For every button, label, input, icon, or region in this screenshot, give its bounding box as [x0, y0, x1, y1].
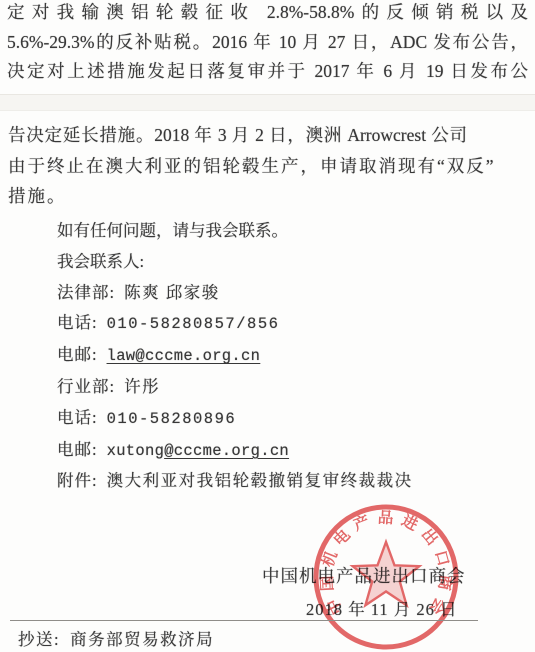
official-seal-stamp: 中国机电产品进出口商会 — [310, 501, 462, 652]
paragraph-revocation-request: 告决定延长措施。2018 年 3 月 2 日，澳洲 Arrowcrest 公司 … — [8, 120, 467, 212]
contact-label: 电话: — [57, 408, 98, 427]
paragraph-line: 定对我输澳铝轮毂征收 2.8%-58.8%的反倾销税以及 — [7, 0, 528, 28]
contact-row-legal-email: 电邮:law@cccme.org.cn — [57, 340, 527, 372]
contact-row-industry-phone: 电话:010-58280896 — [57, 403, 527, 435]
contact-label: 行业部: — [57, 377, 115, 396]
email-link-xutong[interactable]: @cccme.org.cn — [164, 442, 289, 460]
email-plain-part: xutong — [107, 442, 165, 460]
contact-value: 陈爽 邱家骏 — [124, 283, 220, 302]
contact-row-industry-dept: 行业部:许彤 — [57, 372, 527, 403]
attachment-title: 澳大利亚对我铝轮毂撤销复审终裁裁决 — [107, 471, 413, 490]
page-scan-seam — [0, 94, 535, 111]
contact-header: 我会联系人: — [57, 247, 527, 278]
contact-label: 电邮: — [57, 345, 98, 364]
contact-value: 许彤 — [124, 377, 160, 396]
phone-number: 010-58280857/856 — [107, 315, 280, 333]
paragraph-line: 5.6%-29.3%的反补贴税。2016 年 10 月 27 日，ADC 发布公… — [7, 28, 528, 58]
paragraph-line: 措施。 — [8, 181, 467, 212]
contact-row-legal-phone: 电话:010-58280857/856 — [57, 308, 527, 340]
cc-row: 抄送:商务部贸易救济局 — [18, 626, 214, 650]
paragraph-measures-history: 定对我输澳铝轮毂征收 2.8%-58.8%的反倾销税以及 5.6%-29.3%的… — [7, 0, 528, 87]
contact-label: 法律部: — [57, 283, 115, 302]
scanned-letter-page: 定对我输澳铝轮毂征收 2.8%-58.8%的反倾销税以及 5.6%-29.3%的… — [0, 0, 535, 652]
paragraph-line: 告决定延长措施。2018 年 3 月 2 日，澳洲 Arrowcrest 公司 — [8, 120, 467, 151]
paragraph-line: 由于终止在澳大利亚的铝轮毂生产，申请取消现有“双反” — [8, 151, 467, 182]
contact-block: 如有任何问题，请与我会联系。 我会联系人: 法律部:陈爽 邱家骏 电话:010-… — [57, 216, 527, 497]
email-link-law[interactable]: law@cccme.org.cn — [107, 347, 261, 365]
contact-label: 电话: — [57, 313, 98, 332]
cc-recipient: 商务部贸易救济局 — [70, 630, 214, 649]
phone-number: 010-58280896 — [107, 410, 237, 428]
contact-intro: 如有任何问题，请与我会联系。 — [57, 216, 527, 247]
attachment-label: 附件: — [57, 471, 98, 490]
attachment-row: 附件:澳大利亚对我铝轮毂撤销复审终裁裁决 — [57, 466, 527, 497]
contact-row-industry-email: 电邮:xutong@cccme.org.cn — [57, 435, 527, 467]
contact-row-legal-dept: 法律部:陈爽 邱家骏 — [57, 278, 527, 309]
stamp-star-icon — [353, 542, 420, 605]
footer-divider — [10, 620, 478, 621]
paragraph-line: 决定对上述措施发起日落复审并于 2017 年 6 月 19 日发布公 — [7, 57, 528, 87]
contact-label: 电邮: — [57, 440, 98, 459]
cc-label: 抄送: — [18, 630, 60, 649]
